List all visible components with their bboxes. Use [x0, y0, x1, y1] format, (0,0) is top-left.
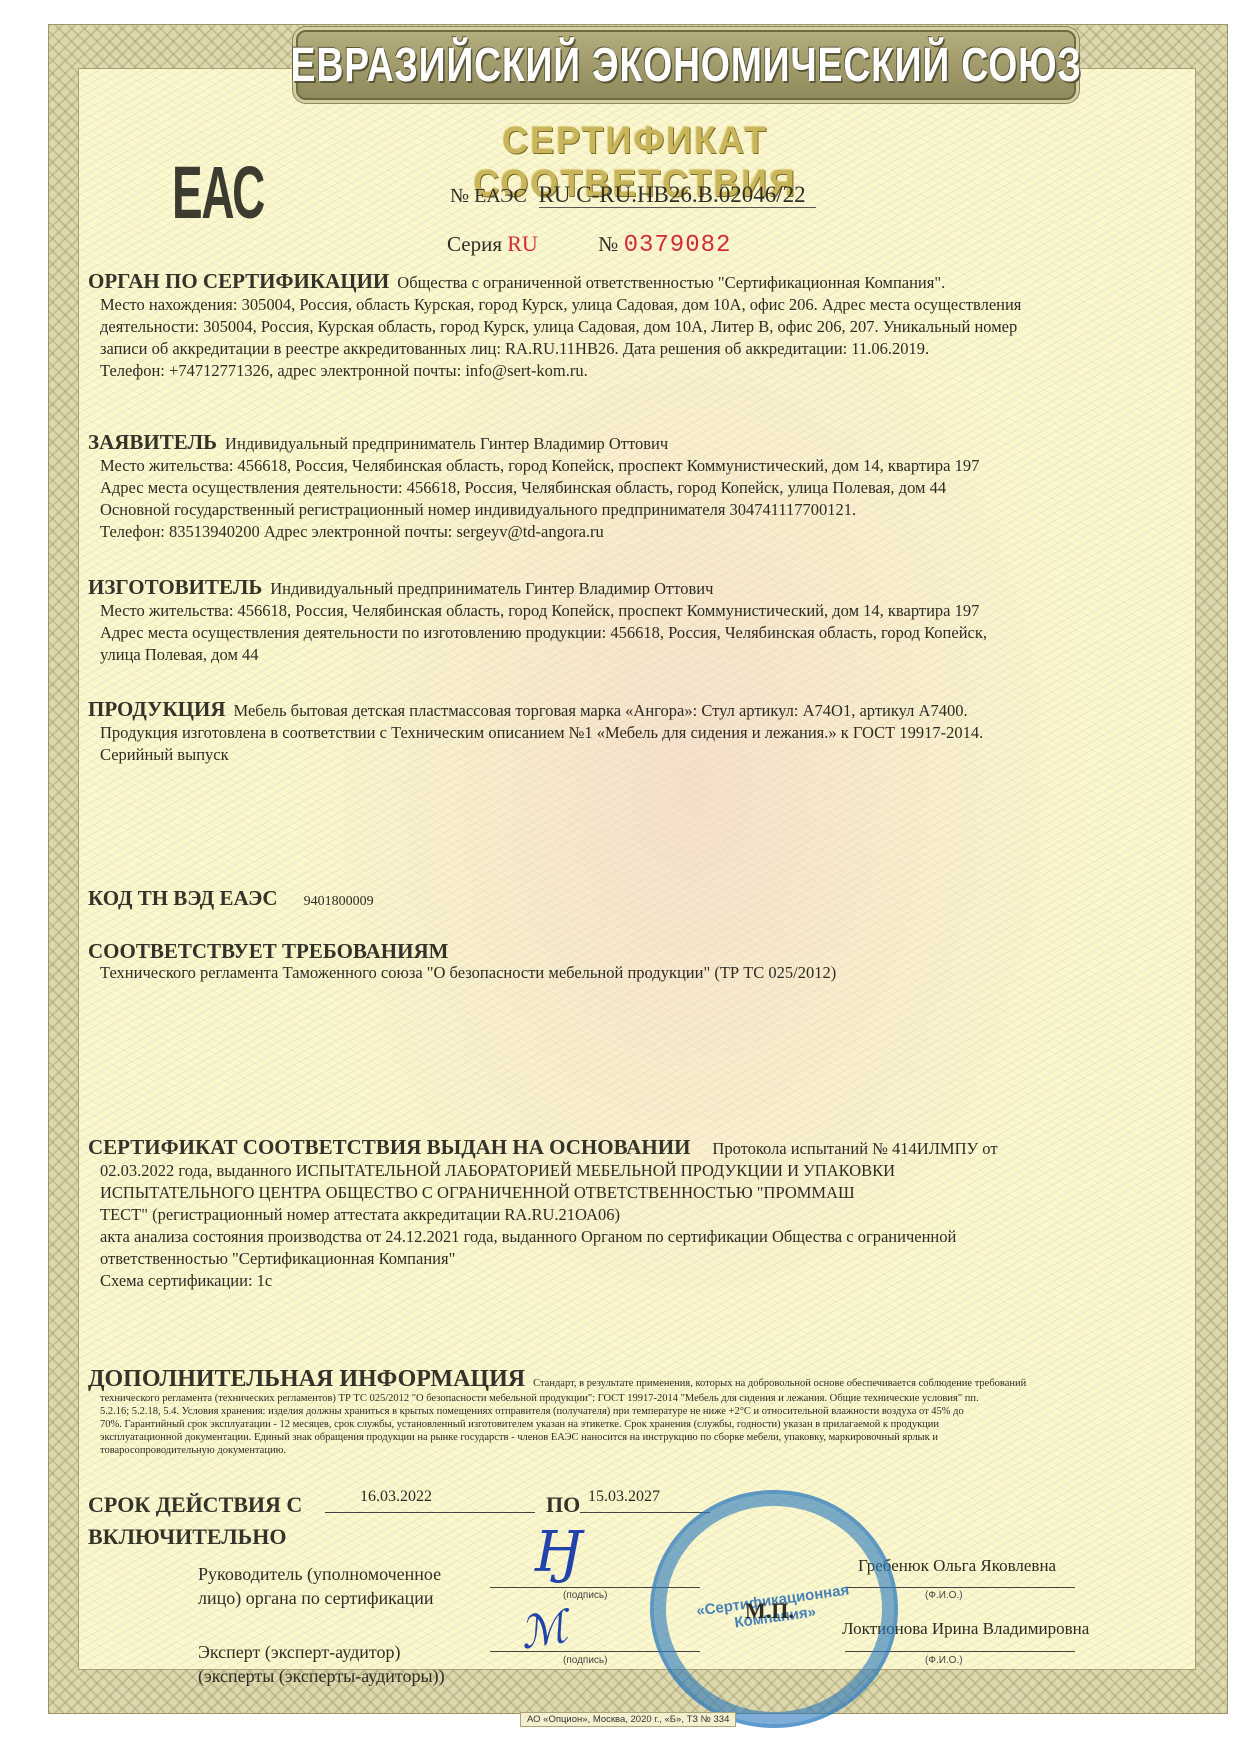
- union-title: ЕВРАЗИЙСКИЙ ЭКОНОМИЧЕСКИЙ СОЮЗ: [290, 38, 1081, 93]
- validity-to-line: [580, 1512, 710, 1513]
- certification-body-heading: ОРГАН ПО СЕРТИФИКАЦИИ: [88, 269, 389, 293]
- section-line: Продукция изготовлена в соответствии с Т…: [88, 722, 1148, 744]
- product-heading: ПРОДУКЦИЯ: [88, 697, 226, 721]
- manufacturer-section: ИЗГОТОВИТЕЛЬИндивидуальный предпринимате…: [88, 576, 1148, 666]
- section-line: Телефон: 83513940200 Адрес электронной п…: [88, 521, 1148, 543]
- section-line: ТЕСТ" (регистрационный номер аттестата а…: [88, 1204, 1148, 1226]
- section-line: ИСПЫТАТЕЛЬНОГО ЦЕНТРА ОБЩЕСТВО С ОГРАНИЧ…: [88, 1182, 1148, 1204]
- certificate-number-value: RU C-RU.НВ26.В.02046/22: [539, 182, 816, 208]
- manufacturer-name: Индивидуальный предприниматель Гинтер Вл…: [270, 579, 713, 598]
- expert-signature-caption: (подпись): [563, 1655, 607, 1666]
- certification-body-section: ОРГАН ПО СЕРТИФИКАЦИИОбщества с ограниче…: [88, 270, 1148, 382]
- form-series: Серия RU № 0379082: [447, 231, 731, 259]
- section-line: 5.2.16; 5.2.18, 5.4. Условия хранения: и…: [88, 1405, 1148, 1418]
- certification-body-name: Общества с ограниченной ответственностью…: [397, 273, 945, 292]
- manufacturer-heading: ИЗГОТОВИТЕЛЬ: [88, 575, 262, 599]
- conformity-heading: СООТВЕТСТВУЕТ ТРЕБОВАНИЯМ: [88, 940, 1140, 962]
- hs-code-value: 9401800009: [304, 894, 374, 909]
- additional-info-first-line: Стандарт, в результате применения, котор…: [533, 1378, 1026, 1389]
- section-line: 70%. Гарантийный срок эксплуатации - 12 …: [88, 1418, 1148, 1431]
- head-signature-caption: (подпись): [563, 1590, 607, 1601]
- validity-to-label: ПО: [546, 1492, 580, 1518]
- head-signature-icon: Ӈ: [535, 1520, 584, 1585]
- section-line: технического регламента (технических рег…: [88, 1392, 1148, 1405]
- product-section: ПРОДУКЦИЯМебель бытовая детская пластмас…: [88, 698, 1148, 766]
- hs-code-heading: КОД ТН ВЭД ЕАЭС: [88, 886, 278, 910]
- section-line: улица Полевая, дом 44: [88, 644, 1148, 666]
- section-line: Телефон: +74712771326, адрес электронной…: [88, 360, 1148, 382]
- head-label-line-1: Руководитель (уполномоченное: [198, 1562, 441, 1586]
- head-label-line-2: лицо) органа по сертификации: [198, 1586, 441, 1610]
- section-line: Основной государственный регистрационный…: [88, 499, 1148, 521]
- applicant-section: ЗАЯВИТЕЛЬИндивидуальный предприниматель …: [88, 431, 1148, 543]
- section-line: Адрес места осуществления деятельности п…: [88, 622, 1148, 644]
- seal-label: М.П.: [745, 1598, 794, 1624]
- section-line: товаросопроводительную документацию.: [88, 1444, 1148, 1457]
- applicant-name: Индивидуальный предприниматель Гинтер Вл…: [225, 434, 668, 453]
- additional-info-section: ДОПОЛНИТЕЛЬНАЯ ИНФОРМАЦИЯСтандарт, в рез…: [88, 1368, 1148, 1457]
- printer-imprint: АО «Опцион», Москва, 2020 г., «Б», ТЗ № …: [520, 1712, 736, 1727]
- certification-scheme: Схема сертификации: 1с: [88, 1270, 1148, 1292]
- basis-first-line: Протокола испытаний № 414ИЛМПУ от: [712, 1139, 997, 1158]
- head-label: Руководитель (уполномоченное лицо) орган…: [198, 1562, 441, 1610]
- additional-info-heading: ДОПОЛНИТЕЛЬНАЯ ИНФОРМАЦИЯ: [88, 1366, 525, 1392]
- form-number-label: №: [598, 232, 618, 256]
- series-value: RU: [507, 231, 538, 256]
- head-name-caption: (Ф.И.О.): [925, 1590, 963, 1601]
- validity-from-line: [325, 1512, 535, 1513]
- expert-label: Эксперт (эксперт-аудитор) (эксперты (экс…: [198, 1640, 445, 1688]
- basis-heading: СЕРТИФИКАТ СООТВЕТСТВИЯ ВЫДАН НА ОСНОВАН…: [88, 1135, 690, 1159]
- section-line: ответственностью "Сертификационная Компа…: [88, 1248, 1148, 1270]
- section-line: эксплуатационной документации. Единый зн…: [88, 1431, 1148, 1444]
- validity-to-value: 15.03.2027: [588, 1488, 660, 1506]
- certificate-number-label: № ЕАЭС: [450, 185, 527, 207]
- conformity-text: Технического регламента Таможенного союз…: [88, 962, 1148, 984]
- expert-label-line-1: Эксперт (эксперт-аудитор): [198, 1640, 445, 1664]
- validity-inclusive-label: ВКЛЮЧИТЕЛЬНО: [88, 1524, 286, 1550]
- expert-label-line-2: (эксперты (эксперты-аудиторы)): [198, 1664, 445, 1688]
- section-line: Место нахождения: 305004, Россия, област…: [88, 294, 1148, 316]
- union-banner: ЕВРАЗИЙСКИЙ ЭКОНОМИЧЕСКИЙ СОЮЗ: [296, 30, 1076, 100]
- section-line: деятельности: 305004, Россия, Курская об…: [88, 316, 1148, 338]
- expert-name-caption: (Ф.И.О.): [925, 1655, 963, 1666]
- eac-mark-icon: ЕАС: [172, 150, 264, 235]
- section-line: акта анализа состояния производства от 2…: [88, 1226, 1148, 1248]
- product-name: Мебель бытовая детская пластмассовая тор…: [234, 701, 968, 720]
- section-line: записи об аккредитации в реестре аккреди…: [88, 338, 1148, 360]
- section-line: 02.03.2022 года, выданного ИСПЫТАТЕЛЬНОЙ…: [88, 1160, 1148, 1182]
- form-number-value: 0379082: [624, 232, 732, 259]
- section-line: Адрес места осуществления деятельности: …: [88, 477, 1148, 499]
- basis-section: СЕРТИФИКАТ СООТВЕТСТВИЯ ВЫДАН НА ОСНОВАН…: [88, 1136, 1148, 1292]
- expert-signature-icon: ℳ: [516, 1601, 571, 1659]
- certificate-number: № ЕАЭС RU C-RU.НВ26.В.02046/22: [450, 182, 816, 208]
- validity-from-value: 16.03.2022: [360, 1488, 432, 1506]
- section-line: Серийный выпуск: [88, 744, 1148, 766]
- section-line: Место жительства: 456618, Россия, Челяби…: [88, 600, 1148, 622]
- section-line: Место жительства: 456618, Россия, Челяби…: [88, 455, 1148, 477]
- conformity-section: СООТВЕТСТВУЕТ ТРЕБОВАНИЯМ Технического р…: [88, 940, 1148, 984]
- hs-code-section: КОД ТН ВЭД ЕАЭС 9401800009: [88, 887, 1148, 913]
- validity-from-label: СРОК ДЕЙСТВИЯ С: [88, 1492, 302, 1518]
- applicant-heading: ЗАЯВИТЕЛЬ: [88, 430, 217, 454]
- series-label: Серия: [447, 232, 502, 256]
